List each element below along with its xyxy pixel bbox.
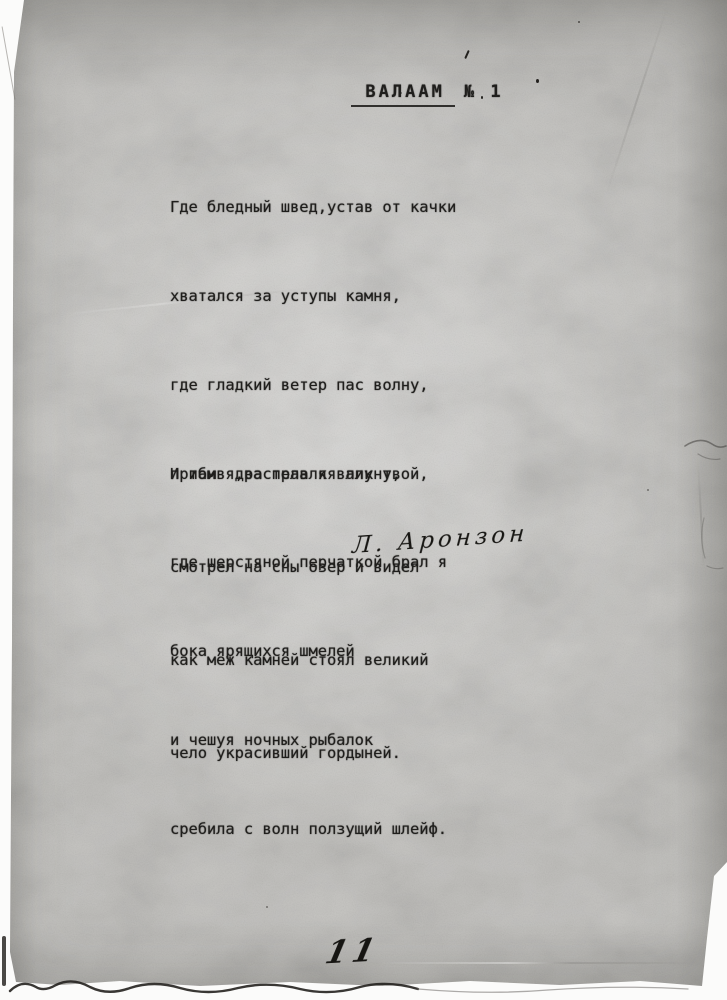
- page-number: 11: [322, 932, 383, 971]
- stanza-2: И там я,расправляя лик твой, смотрел на …: [170, 397, 429, 831]
- paper-sheet: ВАЛААМ№ 1 Где бледный швед,устав от качк…: [0, 0, 727, 1000]
- poem-line: хватался за уступы камня,: [170, 282, 456, 312]
- poem-line: смотрел на сны озер и видел: [170, 552, 429, 583]
- ink-speck: [647, 489, 649, 491]
- ink-speck: [481, 96, 483, 99]
- pen-stroke-mark: [464, 50, 469, 59]
- poem-title-text: ВАЛААМ: [351, 82, 454, 107]
- crease-line: [380, 962, 700, 964]
- ink-speck: [266, 906, 268, 908]
- poem-line: чело украсивший гордыней.: [170, 738, 429, 769]
- scanned-page: ВАЛААМ№ 1 Где бледный швед,устав от качк…: [0, 0, 727, 1000]
- poem-line: И там я,расправляя лик твой,: [170, 459, 429, 490]
- poem-line: где гладкий ветер пас волну,: [170, 371, 456, 401]
- scan-edge-artifact: [2, 26, 16, 99]
- scan-edge-artifact: [2, 936, 6, 986]
- poem-title: ВАЛААМ№ 1: [272, 62, 504, 127]
- ink-speck: [536, 79, 539, 83]
- crease-line: [605, 5, 669, 196]
- ink-speck: [400, 92, 402, 94]
- ink-speck: [578, 21, 580, 23]
- poem-line: как меж камней стоял великий: [170, 645, 429, 676]
- crease-line: [697, 462, 705, 572]
- poem-title-number: № 1: [464, 82, 504, 102]
- poem-line: Где бледный швед,устав от качки: [170, 193, 456, 223]
